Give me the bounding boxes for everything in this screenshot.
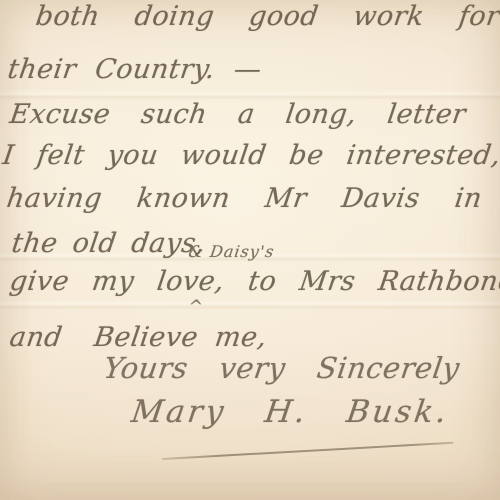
letter-line-6: the old days, bbox=[10, 229, 207, 259]
signature-underline bbox=[162, 442, 454, 460]
paper-crease bbox=[0, 300, 500, 310]
letter-line-1: both doing good work for bbox=[34, 2, 500, 32]
letter-line-7: give my love,to Mrs Rathbone, ^ bbox=[8, 267, 500, 297]
letter-closing: Yours very Sincerely bbox=[102, 353, 462, 385]
insertion-caret: ^ bbox=[187, 298, 204, 317]
letter-line-7-part2: to Mrs Rathbone, bbox=[246, 266, 500, 297]
letter-line-8-part1: and bbox=[8, 322, 65, 353]
letter-line-8-part2: Believe me, bbox=[92, 322, 269, 353]
letter-signature: Mary H. Busk. bbox=[129, 395, 451, 429]
letter-line-4: I felt you would be interested, bbox=[1, 141, 500, 171]
letter-line-5: having known Mr Davis in bbox=[5, 184, 484, 214]
letter-line-3: Excuse such a long, letter bbox=[8, 100, 468, 130]
letter-line-7-part1: give my love, bbox=[8, 266, 227, 297]
letter-line-6-insertion: & Daisy's bbox=[188, 243, 276, 261]
letter-page: both doing good work for their Country. … bbox=[0, 0, 500, 500]
letter-line-8: andBelieve me, bbox=[8, 323, 269, 353]
letter-line-2: their Country. — bbox=[6, 55, 264, 85]
